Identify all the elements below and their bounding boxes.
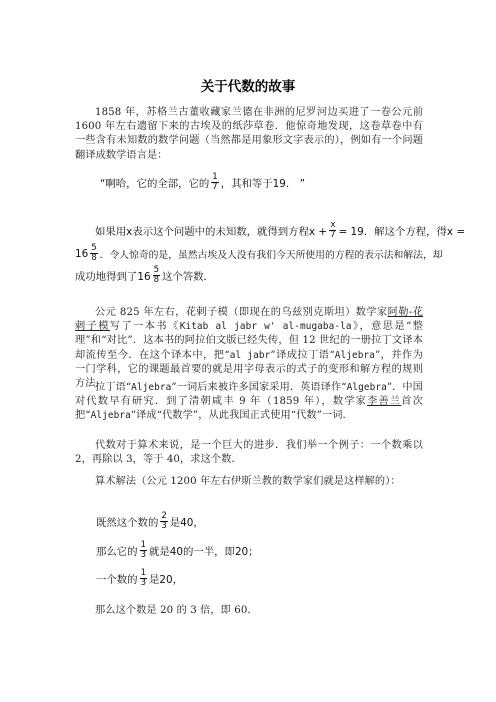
equation-text-2: = 19．解这个方程，得x = <box>339 223 466 238</box>
text: ”译成拉丁语“ <box>270 350 334 361</box>
paragraph-arithmetic-method: 算术解法（公元 1200 年左右伊斯兰教的数学家们就是这样解的）： <box>95 475 425 489</box>
paragraph-al-khwarizmi: 公元 825 年左右，花剌子模（即现在的乌兹别克斯坦）数学家阿勒-花剌子模写了一… <box>75 306 423 391</box>
fraction-five-eighths-2: 5 8 <box>153 266 160 285</box>
equation-line-2: 16 5 8 ．令人惊奇的是，虽然古埃及人没有我们今天所使用的方程的表示法和解法… <box>75 244 443 263</box>
answer-whole: 16 <box>75 248 88 260</box>
link-li-shanlan[interactable]: 李善兰 <box>367 396 401 407</box>
quote-line: “啊哈，它的全部，它的 1 7 ，其和等于19． ” <box>100 173 305 192</box>
step-text: 是40， <box>170 514 204 529</box>
paragraph-aljebra: 拉丁语“Aljebra”一词后来被许多国家采用．英语译作“Algebra”．中国… <box>75 381 423 424</box>
step-text: 是20， <box>149 571 183 586</box>
step-line-2: 那么它的 1 3 就是40的一半，即20； <box>96 541 259 560</box>
step-text: 就是40的一半，即20； <box>149 543 259 558</box>
quote-text-1: “啊哈，它的全部，它的 <box>100 175 209 190</box>
fraction-one-third-2: 1 3 <box>140 569 147 588</box>
equation-text-3: ．令人惊奇的是，虽然古埃及人没有我们今天所使用的方程的表示法和解法，却 <box>100 247 443 261</box>
step-line-1: 既然这个数的 2 3 是40， <box>96 512 204 531</box>
text: 拉丁语“ <box>95 382 131 393</box>
term: Aljebra <box>131 382 171 393</box>
book-title: Kitab al jabr w' al-mugaba-la <box>180 321 352 332</box>
step-text: 一个数的 <box>96 571 138 586</box>
text: ”译成“代数学”，从此我国正式使用“代数”一词． <box>131 410 353 421</box>
equation-text-4: 成功地得到了16 <box>75 268 151 283</box>
text: ”一词后来被许多国家采用．英语译作“ <box>171 382 346 393</box>
equation-line-3: 成功地得到了16 5 8 这个答数． <box>75 266 214 285</box>
term: Aljebra <box>335 350 375 361</box>
conclusion: 那么这个数是 20 的 3 倍，即 60． <box>95 604 425 618</box>
step-line-3: 一个数的 1 3 是20， <box>96 569 183 588</box>
quote-text-2: ，其和等于19． ” <box>221 175 305 190</box>
equation-line-1: 如果用x表示这个问题中的未知数，就得到方程x + x 7 = 19．解这个方程，… <box>95 221 465 240</box>
equation-text-1: 如果用x表示这个问题中的未知数，就得到方程x + <box>95 223 327 238</box>
fraction-two-thirds: 2 3 <box>160 512 167 531</box>
document-page: 关于代数的故事 1858 年，苏格兰古董收藏家兰德在非洲的尼罗河边买进了一卷公元… <box>0 0 496 702</box>
fraction-five-eighths: 5 8 <box>90 244 97 263</box>
text: 公元 825 年左右，花剌子模（即现在的乌兹别克斯坦）数学家 <box>95 307 388 318</box>
step-text: 既然这个数的 <box>96 514 158 529</box>
term: al jabr <box>230 350 271 361</box>
term: Aljebra <box>91 410 131 421</box>
fraction-one-third: 1 3 <box>140 541 147 560</box>
document-title: 关于代数的故事 <box>0 75 496 95</box>
equation-text-5: 这个答数． <box>162 268 214 283</box>
term: Algebra <box>347 382 387 393</box>
paragraph-example: 代数对于算术来说，是一个巨大的进步．我们举一个例子：一个数乘以 2，再除以 3，… <box>75 439 423 467</box>
step-text: 那么它的 <box>96 543 138 558</box>
fraction-x-over-7: x 7 <box>329 221 336 240</box>
paragraph-papyrus: 1858 年，苏格兰古董收藏家兰德在非洲的尼罗河边买进了一卷公元前 1600 年… <box>75 106 423 163</box>
fraction-one-seventh: 1 7 <box>211 173 218 192</box>
text: 写了一本书《 <box>110 321 180 332</box>
